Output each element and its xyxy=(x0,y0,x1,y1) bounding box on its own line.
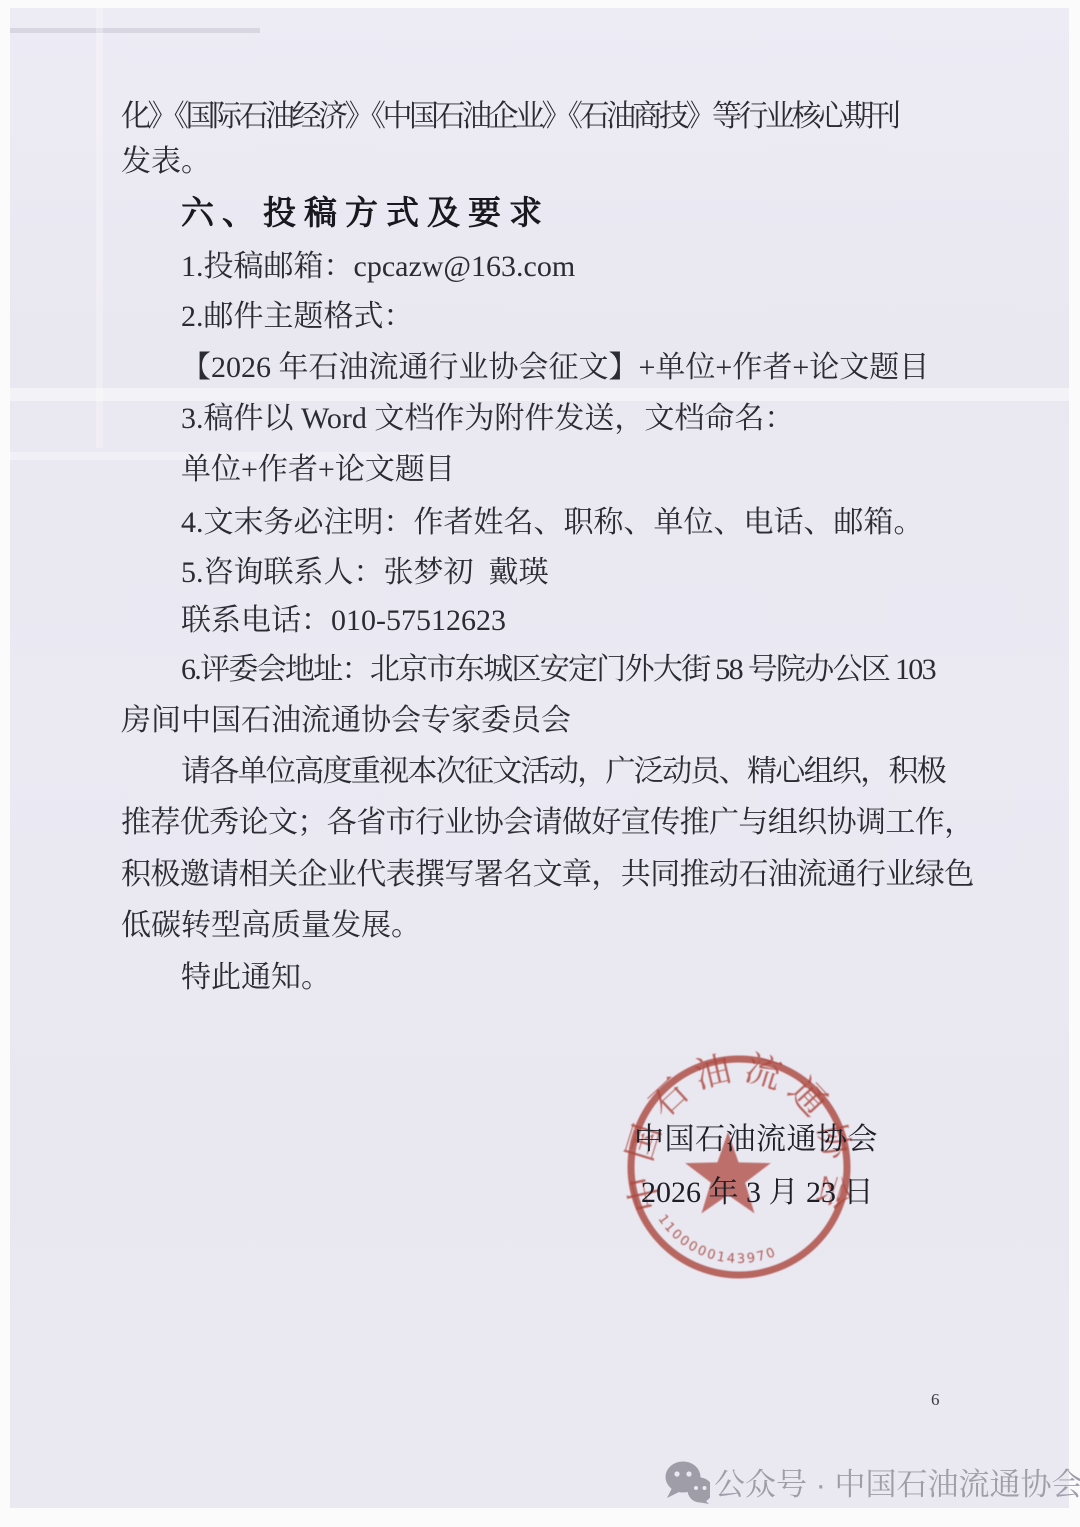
wechat-icon xyxy=(660,1460,710,1504)
signature-organization: 中国石油流通协会 xyxy=(634,1114,878,1166)
doc-line-email: 1.投稿邮箱：cpcazw@163.com xyxy=(181,241,1041,293)
page-number: 6 xyxy=(931,1388,961,1412)
doc-line: 请各单位高度重视本次征文活动，广泛动员、精心组织，积极 xyxy=(181,746,1041,798)
doc-line: 4.文末务必注明：作者姓名、职称、单位、电话、邮箱。 xyxy=(181,497,1041,549)
section-heading: 六、投稿方式及要求 xyxy=(181,187,1041,239)
doc-line: 推荐优秀论文；各省市行业协会请做好宣传推广与组织协调工作， xyxy=(121,797,981,849)
doc-line-subject-format: 【2026 年石油流通行业协会征文】+单位+作者+论文题目 xyxy=(181,342,1041,394)
signature-date: 2026 年 3 月 23 日 xyxy=(641,1167,874,1219)
doc-line: 2.邮件主题格式： xyxy=(181,291,1041,343)
doc-line-contacts: 5.咨询联系人：张梦初 戴瑛 xyxy=(181,547,1041,599)
doc-line: 3.稿件以 Word 文档作为附件发送，文档命名： xyxy=(181,393,1041,445)
wechat-account-label: 公众号 · 中国石油流通协会 xyxy=(714,1466,1080,1504)
doc-line: 积极邀请相关企业代表撰写署名文章，共同推动石油流通行业绿色 xyxy=(121,849,981,901)
doc-line: 特此通知。 xyxy=(181,952,1041,1004)
doc-line: 发表。 xyxy=(121,136,981,188)
scanned-document-page: 化》《国际石油经济》《中国石油企业》《石油商技》等行业核心期刊 发表。 六、投稿… xyxy=(0,0,1080,1527)
doc-line: 单位+作者+论文题目 xyxy=(181,444,1041,496)
doc-line-address: 6.评委会地址：北京市东城区安定门外大街 58 号院办公区 103 xyxy=(181,644,1041,696)
seal-serial-number: 1100000143970 xyxy=(655,1212,780,1267)
doc-line: 低碳转型高质量发展。 xyxy=(121,900,981,952)
doc-line-phone: 联系电话：010-57512623 xyxy=(181,595,1041,647)
doc-line: 房间中国石油流通协会专家委员会 xyxy=(121,695,981,747)
